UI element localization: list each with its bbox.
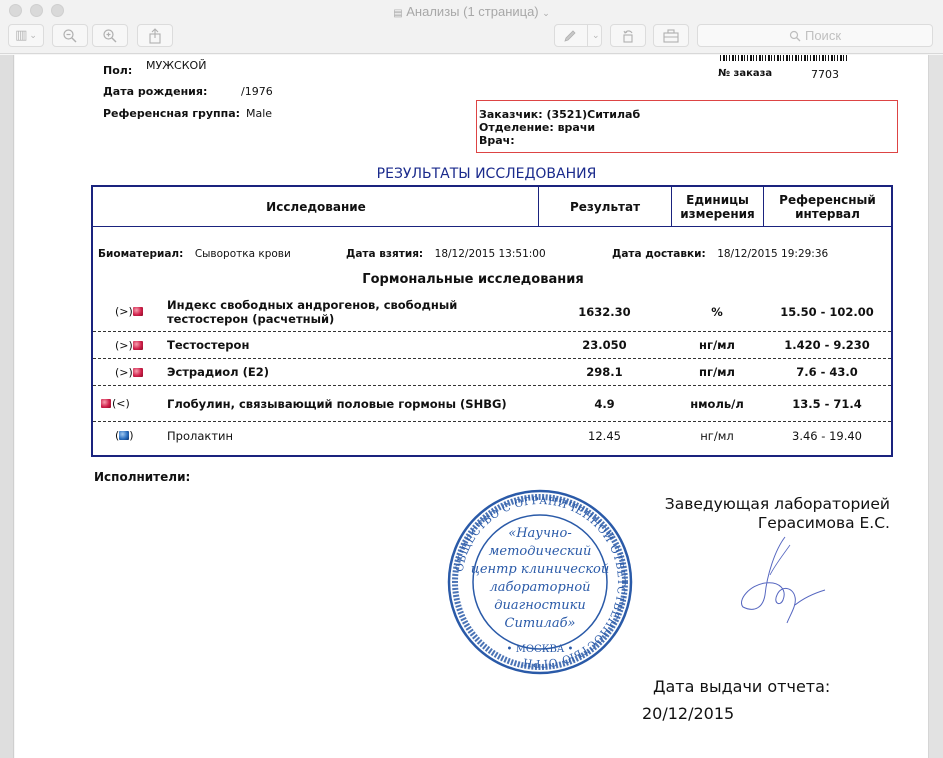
result-value: 4.9 — [538, 386, 671, 421]
zoom-out-icon — [62, 28, 78, 44]
toolbox-icon — [663, 29, 679, 43]
customer-line: Заказчик: (3521)Ситилаб — [479, 108, 895, 121]
column-header-reference: Референсный интервал — [763, 187, 891, 227]
out-of-range-marker-icon — [133, 341, 143, 350]
biomaterial: Биоматериал: Сыворотка крови — [98, 247, 291, 260]
reference-group-label: Референсная группа: — [103, 107, 240, 120]
zoom-out-button[interactable] — [52, 24, 88, 47]
reference-range: 3.46 - 19.40 — [763, 422, 891, 449]
result-value: 1632.30 — [538, 292, 671, 331]
table-row: ()Пролактин12.45нг/мл3.46 - 19.40 — [93, 422, 891, 449]
result-flag: (>) — [115, 332, 143, 358]
sex-value: МУЖСКОЙ — [146, 59, 206, 72]
reference-group-value: Male — [246, 107, 272, 120]
search-input[interactable]: Поиск — [697, 24, 933, 47]
results-title: РЕЗУЛЬТАТЫ ИССЛЕДОВАНИЯ — [15, 166, 928, 182]
result-flag: (<) — [101, 386, 130, 421]
share-button[interactable] — [137, 24, 173, 47]
rotate-icon — [620, 28, 636, 44]
result-value: 298.1 — [538, 359, 671, 385]
reference-range: 13.5 - 71.4 — [763, 386, 891, 421]
section-title: Гормональные исследования — [93, 272, 853, 287]
units-value: % — [671, 292, 763, 331]
lab-head: Заведующая лабораторией Герасимова Е.С. — [665, 495, 890, 533]
sidebar-toggle-button[interactable]: ▥⌄ — [8, 24, 44, 47]
reference-range: 7.6 - 43.0 — [763, 359, 891, 385]
table-header: Исследование Результат Единицы измерения… — [93, 187, 891, 227]
svg-text:«Научно-: «Научно- — [508, 526, 571, 541]
table-row: (>)Индекс свободных андрогенов, свободны… — [93, 292, 891, 332]
chevron-down-icon: ⌄ — [542, 8, 550, 18]
svg-text:Ситилаб»: Ситилаб» — [505, 616, 576, 631]
units-value: нг/мл — [671, 332, 763, 358]
barcode — [720, 55, 848, 61]
svg-text:диагностики: диагностики — [494, 598, 585, 613]
collection-date: Дата взятия: 18/12/2015 13:51:00 — [346, 247, 546, 260]
doctor-line: Врач: — [479, 134, 895, 147]
delivery-date: Дата доставки: 18/12/2015 19:29:36 — [612, 247, 828, 260]
svg-text:• МОСКВА •: • МОСКВА • — [507, 644, 574, 655]
table-row: (>)Эстрадиол (E2)298.1пг/мл7.6 - 43.0 — [93, 359, 891, 386]
svg-text:лабораторной: лабораторной — [489, 580, 590, 595]
order-number-label: № заказа — [718, 68, 772, 79]
out-of-range-marker-icon — [133, 307, 143, 316]
test-name: Индекс свободных андрогенов, свободный т… — [167, 292, 507, 331]
table-row: (>)Тестостерон23.050нг/мл1.420 - 9.230 — [93, 332, 891, 359]
markup-button[interactable]: ⌄ — [554, 24, 602, 47]
reference-range: 1.420 - 9.230 — [763, 332, 891, 358]
sidebar-toggle-icon: ▥ — [15, 28, 27, 43]
normal-marker-icon — [119, 431, 129, 440]
share-icon — [148, 28, 162, 44]
column-header-units: Единицы измерения — [671, 187, 763, 227]
sex-label: Пол: — [103, 64, 132, 77]
result-flag: (>) — [115, 359, 143, 385]
lab-stamp: ОБЩЕСТВО С ОГРАНИЧЕННОЙ ОТВЕТСТВЕННОСТЬЮ… — [447, 489, 633, 675]
result-value: 23.050 — [538, 332, 671, 358]
test-name: Пролактин — [167, 422, 507, 449]
left-gutter — [0, 55, 14, 758]
document-icon: ▤ — [393, 8, 402, 19]
search-icon — [789, 30, 801, 42]
column-header-result: Результат — [538, 187, 671, 227]
document-page: Пол: МУЖСКОЙ Дата рождения: /1976 Рефере… — [15, 55, 928, 758]
chevron-down-icon: ⌄ — [592, 31, 600, 41]
dob-value: /1976 — [241, 85, 273, 98]
reference-range: 15.50 - 102.00 — [763, 292, 891, 331]
markup-pen-icon — [563, 29, 577, 43]
issue-date-label: Дата выдачи отчета: — [653, 677, 830, 696]
table-row: (<)Глобулин, связывающий половые гормоны… — [93, 386, 891, 422]
out-of-range-marker-icon — [101, 399, 111, 408]
result-flag: () — [115, 422, 134, 449]
units-value: нмоль/л — [671, 386, 763, 421]
chevron-down-icon: ⌄ — [29, 31, 37, 41]
vertical-scrollbar[interactable] — [928, 55, 943, 758]
results-table: Исследование Результат Единицы измерения… — [91, 185, 893, 457]
column-header-test: Исследование — [93, 187, 539, 227]
department-line: Отделение: врачи — [479, 121, 895, 134]
result-value: 12.45 — [538, 422, 671, 449]
rotate-button[interactable] — [610, 24, 646, 47]
units-value: нг/мл — [671, 422, 763, 449]
test-name: Глобулин, связывающий половые гормоны (S… — [167, 386, 507, 421]
toolbox-button[interactable] — [653, 24, 689, 47]
test-name: Тестостерон — [167, 332, 507, 358]
svg-text:методический: методический — [489, 544, 592, 559]
order-number-value: 7703 — [811, 68, 839, 81]
preview-window: ▤ Анализы (1 страница) ⌄ ▥⌄ ⌄ По — [0, 0, 943, 758]
zoom-in-button[interactable] — [92, 24, 128, 47]
dob-label: Дата рождения: — [103, 85, 207, 98]
titlebar: ▤ Анализы (1 страница) ⌄ ▥⌄ ⌄ По — [0, 0, 943, 54]
lab-head-title: Заведующая лабораторией — [665, 495, 890, 514]
svg-text:центр клинической: центр клинической — [471, 562, 609, 577]
result-flag: (>) — [115, 292, 143, 331]
zoom-in-icon — [102, 28, 118, 44]
window-title[interactable]: ▤ Анализы (1 страница) ⌄ — [0, 4, 943, 19]
customer-info-box: Заказчик: (3521)Ситилаб Отделение: врачи… — [476, 100, 898, 153]
lab-head-name: Герасимова Е.С. — [665, 514, 890, 533]
issue-date: 20/12/2015 — [642, 704, 734, 723]
test-name: Эстрадиол (E2) — [167, 359, 507, 385]
out-of-range-marker-icon — [133, 368, 143, 377]
signature — [735, 535, 835, 630]
executors-label: Исполнители: — [94, 470, 190, 484]
units-value: пг/мл — [671, 359, 763, 385]
